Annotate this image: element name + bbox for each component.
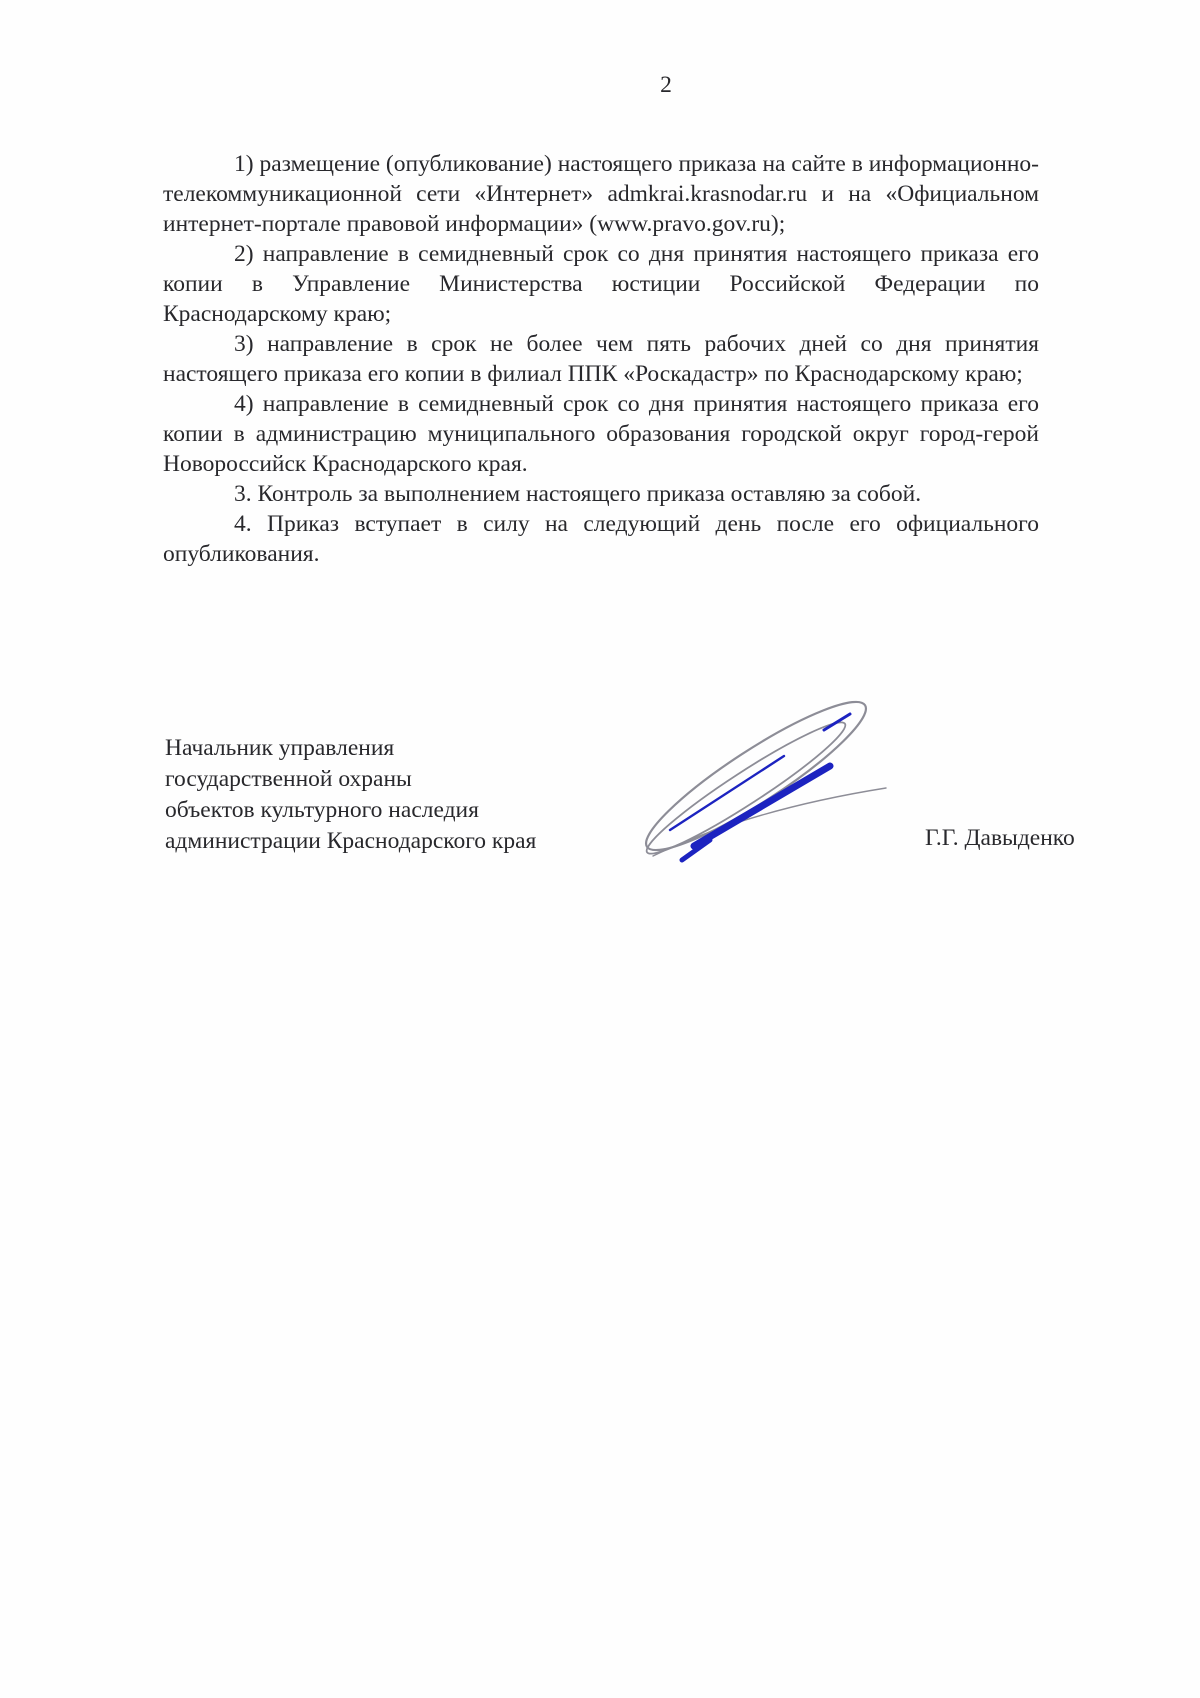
body-paragraph-point-4: 4. Приказ вступает в силу на следующий д… <box>163 509 1039 569</box>
signature-inner-loop <box>638 710 853 865</box>
body-paragraph-list-item-4: 4) направление в семидневный срок со дня… <box>163 389 1039 479</box>
handwritten-signature-icon <box>598 688 890 874</box>
signature-title-line: государственной охраны <box>165 764 536 795</box>
signature-title-line: объектов культурного наследия <box>165 795 536 826</box>
body-paragraph-list-item-1: 1) размещение (опубликование) настоящего… <box>163 149 1039 239</box>
body-paragraph-list-item-3: 3) направление в срок не более чем пять … <box>163 329 1039 389</box>
signer-name: Г.Г. Давыденко <box>925 823 1075 853</box>
signature-title-line: администрации Краснодарского края <box>165 826 536 857</box>
document-body: 1) размещение (опубликование) настоящего… <box>163 149 1039 569</box>
signature-outer-loop <box>633 688 879 869</box>
signature-blue-stroke-top <box>824 714 850 730</box>
document-page: 2 1) размещение (опубликование) настояще… <box>0 0 1200 1698</box>
signature-blue-stroke-main <box>694 766 830 846</box>
body-paragraph-point-3: 3. Контроль за выполнением настоящего пр… <box>163 479 1039 509</box>
signature-title-line: Начальник управления <box>165 733 536 764</box>
page-number: 2 <box>646 72 686 98</box>
body-paragraph-list-item-2: 2) направление в семидневный срок со дня… <box>163 239 1039 329</box>
signature-title-block: Начальник управления государственной охр… <box>165 733 536 857</box>
